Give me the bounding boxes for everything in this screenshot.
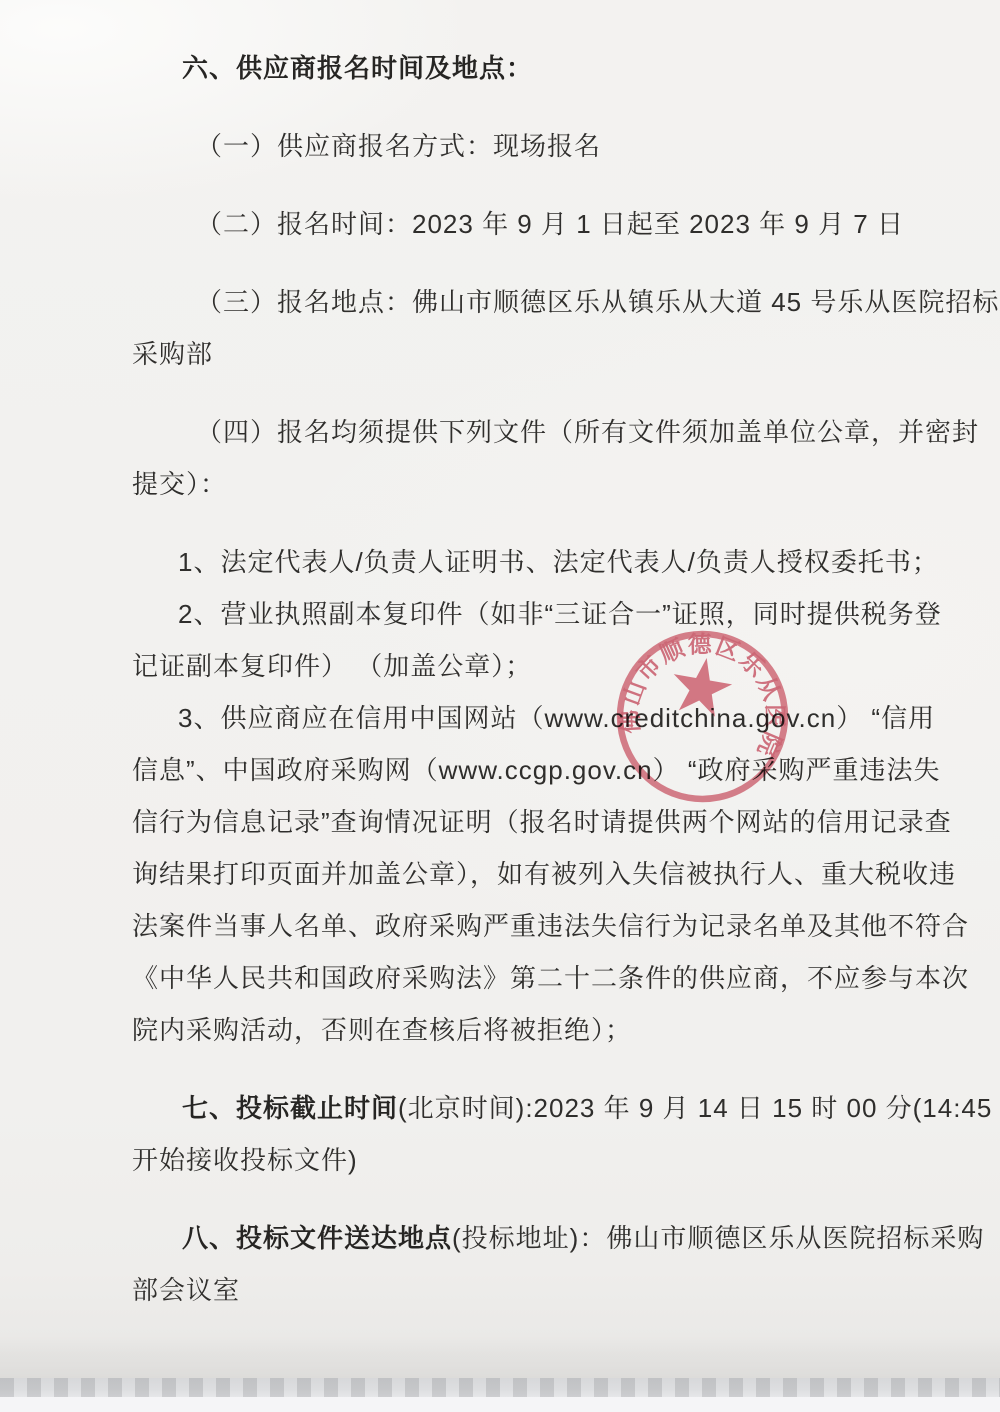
text-run: （三）报名地点：佛山市顺德区乐从镇乐从大道 45 号乐从医院招标 <box>196 287 999 317</box>
doc-line: （四）报名均须提供下列文件（所有文件须加盖单位公章，并密封 <box>132 406 880 458</box>
doc-line: 六、供应商报名时间及地点： <box>132 42 880 94</box>
doc-line: 开始接收投标文件) <box>132 1134 880 1186</box>
text-run: 法案件当事人名单、政府采购严重违法失信行为记录名单及其他不符合 <box>132 911 969 941</box>
text-run: 提交）： <box>132 469 227 499</box>
scanned-document-page: 六、供应商报名时间及地点：（一）供应商报名方式：现场报名（二）报名时间：2023… <box>0 0 1000 1412</box>
text-run: 信息”、中国政府采购网（www.ccgp.gov.cn） “政府采购严重违法失 <box>132 755 940 785</box>
doc-line: 1、法定代表人/负责人证明书、法定代表人/负责人授权委托书； <box>132 536 880 588</box>
text-run: 信行为信息记录”查询情况证明（报名时请提供两个网站的信用记录查 <box>132 807 952 837</box>
text-run: 六、供应商报名时间及地点： <box>182 53 533 83</box>
doc-line: （二）报名时间：2023 年 9 月 1 日起至 2023 年 9 月 7 日 <box>132 198 880 250</box>
doc-line: 3、供应商应在信用中国网站（www.creditchina.gov.cn） “信… <box>132 692 880 744</box>
scan-shadow-artifact <box>0 1336 1000 1378</box>
document-lines: 六、供应商报名时间及地点：（一）供应商报名方式：现场报名（二）报名时间：2023… <box>132 42 880 1316</box>
text-run: 1、法定代表人/负责人证明书、法定代表人/负责人授权委托书； <box>178 547 939 577</box>
doc-line: 八、投标文件送达地点(投标地址)：佛山市顺德区乐从医院招标采购 <box>132 1212 880 1264</box>
doc-line: 院内采购活动，否则在查核后将被拒绝）； <box>132 1004 880 1056</box>
doc-line: 法案件当事人名单、政府采购严重违法失信行为记录名单及其他不符合 <box>132 900 880 952</box>
text-run: 八、投标文件送达地点 <box>182 1223 452 1253</box>
text-run: 询结果打印页面并加盖公章），如有被列入失信被执行人、重大税收违 <box>132 859 956 889</box>
text-run: （一）供应商报名方式：现场报名 <box>196 131 601 161</box>
text-run: 3、供应商应在信用中国网站（www.creditchina.gov.cn） “信… <box>178 703 935 733</box>
doc-line: 询结果打印页面并加盖公章），如有被列入失信被执行人、重大税收违 <box>132 848 880 900</box>
doc-line: 提交）： <box>132 458 880 510</box>
text-run: 部会议室 <box>132 1275 240 1305</box>
doc-line: （三）报名地点：佛山市顺德区乐从镇乐从大道 45 号乐从医院招标 <box>132 276 880 328</box>
scan-bottom-strip <box>0 1397 1000 1412</box>
text-run: (投标地址)：佛山市顺德区乐从医院招标采购 <box>452 1223 984 1253</box>
doc-line: 采购部 <box>132 328 880 380</box>
doc-line: 七、投标截止时间(北京时间):2023 年 9 月 14 日 15 时 00 分… <box>132 1082 880 1134</box>
doc-line: 信行为信息记录”查询情况证明（报名时请提供两个网站的信用记录查 <box>132 796 880 848</box>
doc-line: 《中华人民共和国政府采购法》第二十二条件的供应商，不应参与本次 <box>132 952 880 1004</box>
doc-line: 部会议室 <box>132 1264 880 1316</box>
scan-edge-artifact <box>0 1378 1000 1397</box>
text-run: （四）报名均须提供下列文件（所有文件须加盖单位公章，并密封 <box>196 417 979 447</box>
text-run: 采购部 <box>132 339 213 369</box>
text-run: 院内采购活动，否则在查核后将被拒绝）； <box>132 1015 632 1045</box>
text-run: 七、投标截止时间 <box>182 1093 398 1123</box>
text-run: (北京时间):2023 年 9 月 14 日 15 时 00 分(14:45 <box>398 1093 992 1123</box>
text-run: （二）报名时间：2023 年 9 月 1 日起至 2023 年 9 月 7 日 <box>196 209 904 239</box>
text-run: 开始接收投标文件) <box>132 1145 358 1175</box>
doc-line: 信息”、中国政府采购网（www.ccgp.gov.cn） “政府采购严重违法失 <box>132 744 880 796</box>
doc-line: 记证副本复印件） （加盖公章）； <box>132 640 880 692</box>
doc-line: （一）供应商报名方式：现场报名 <box>132 120 880 172</box>
doc-line: 2、营业执照副本复印件（如非“三证合一”证照，同时提供税务登 <box>132 588 880 640</box>
text-run: 《中华人民共和国政府采购法》第二十二条件的供应商，不应参与本次 <box>132 963 969 993</box>
text-run: 记证副本复印件） （加盖公章）； <box>132 651 532 681</box>
text-run: 2、营业执照副本复印件（如非“三证合一”证照，同时提供税务登 <box>178 599 942 629</box>
